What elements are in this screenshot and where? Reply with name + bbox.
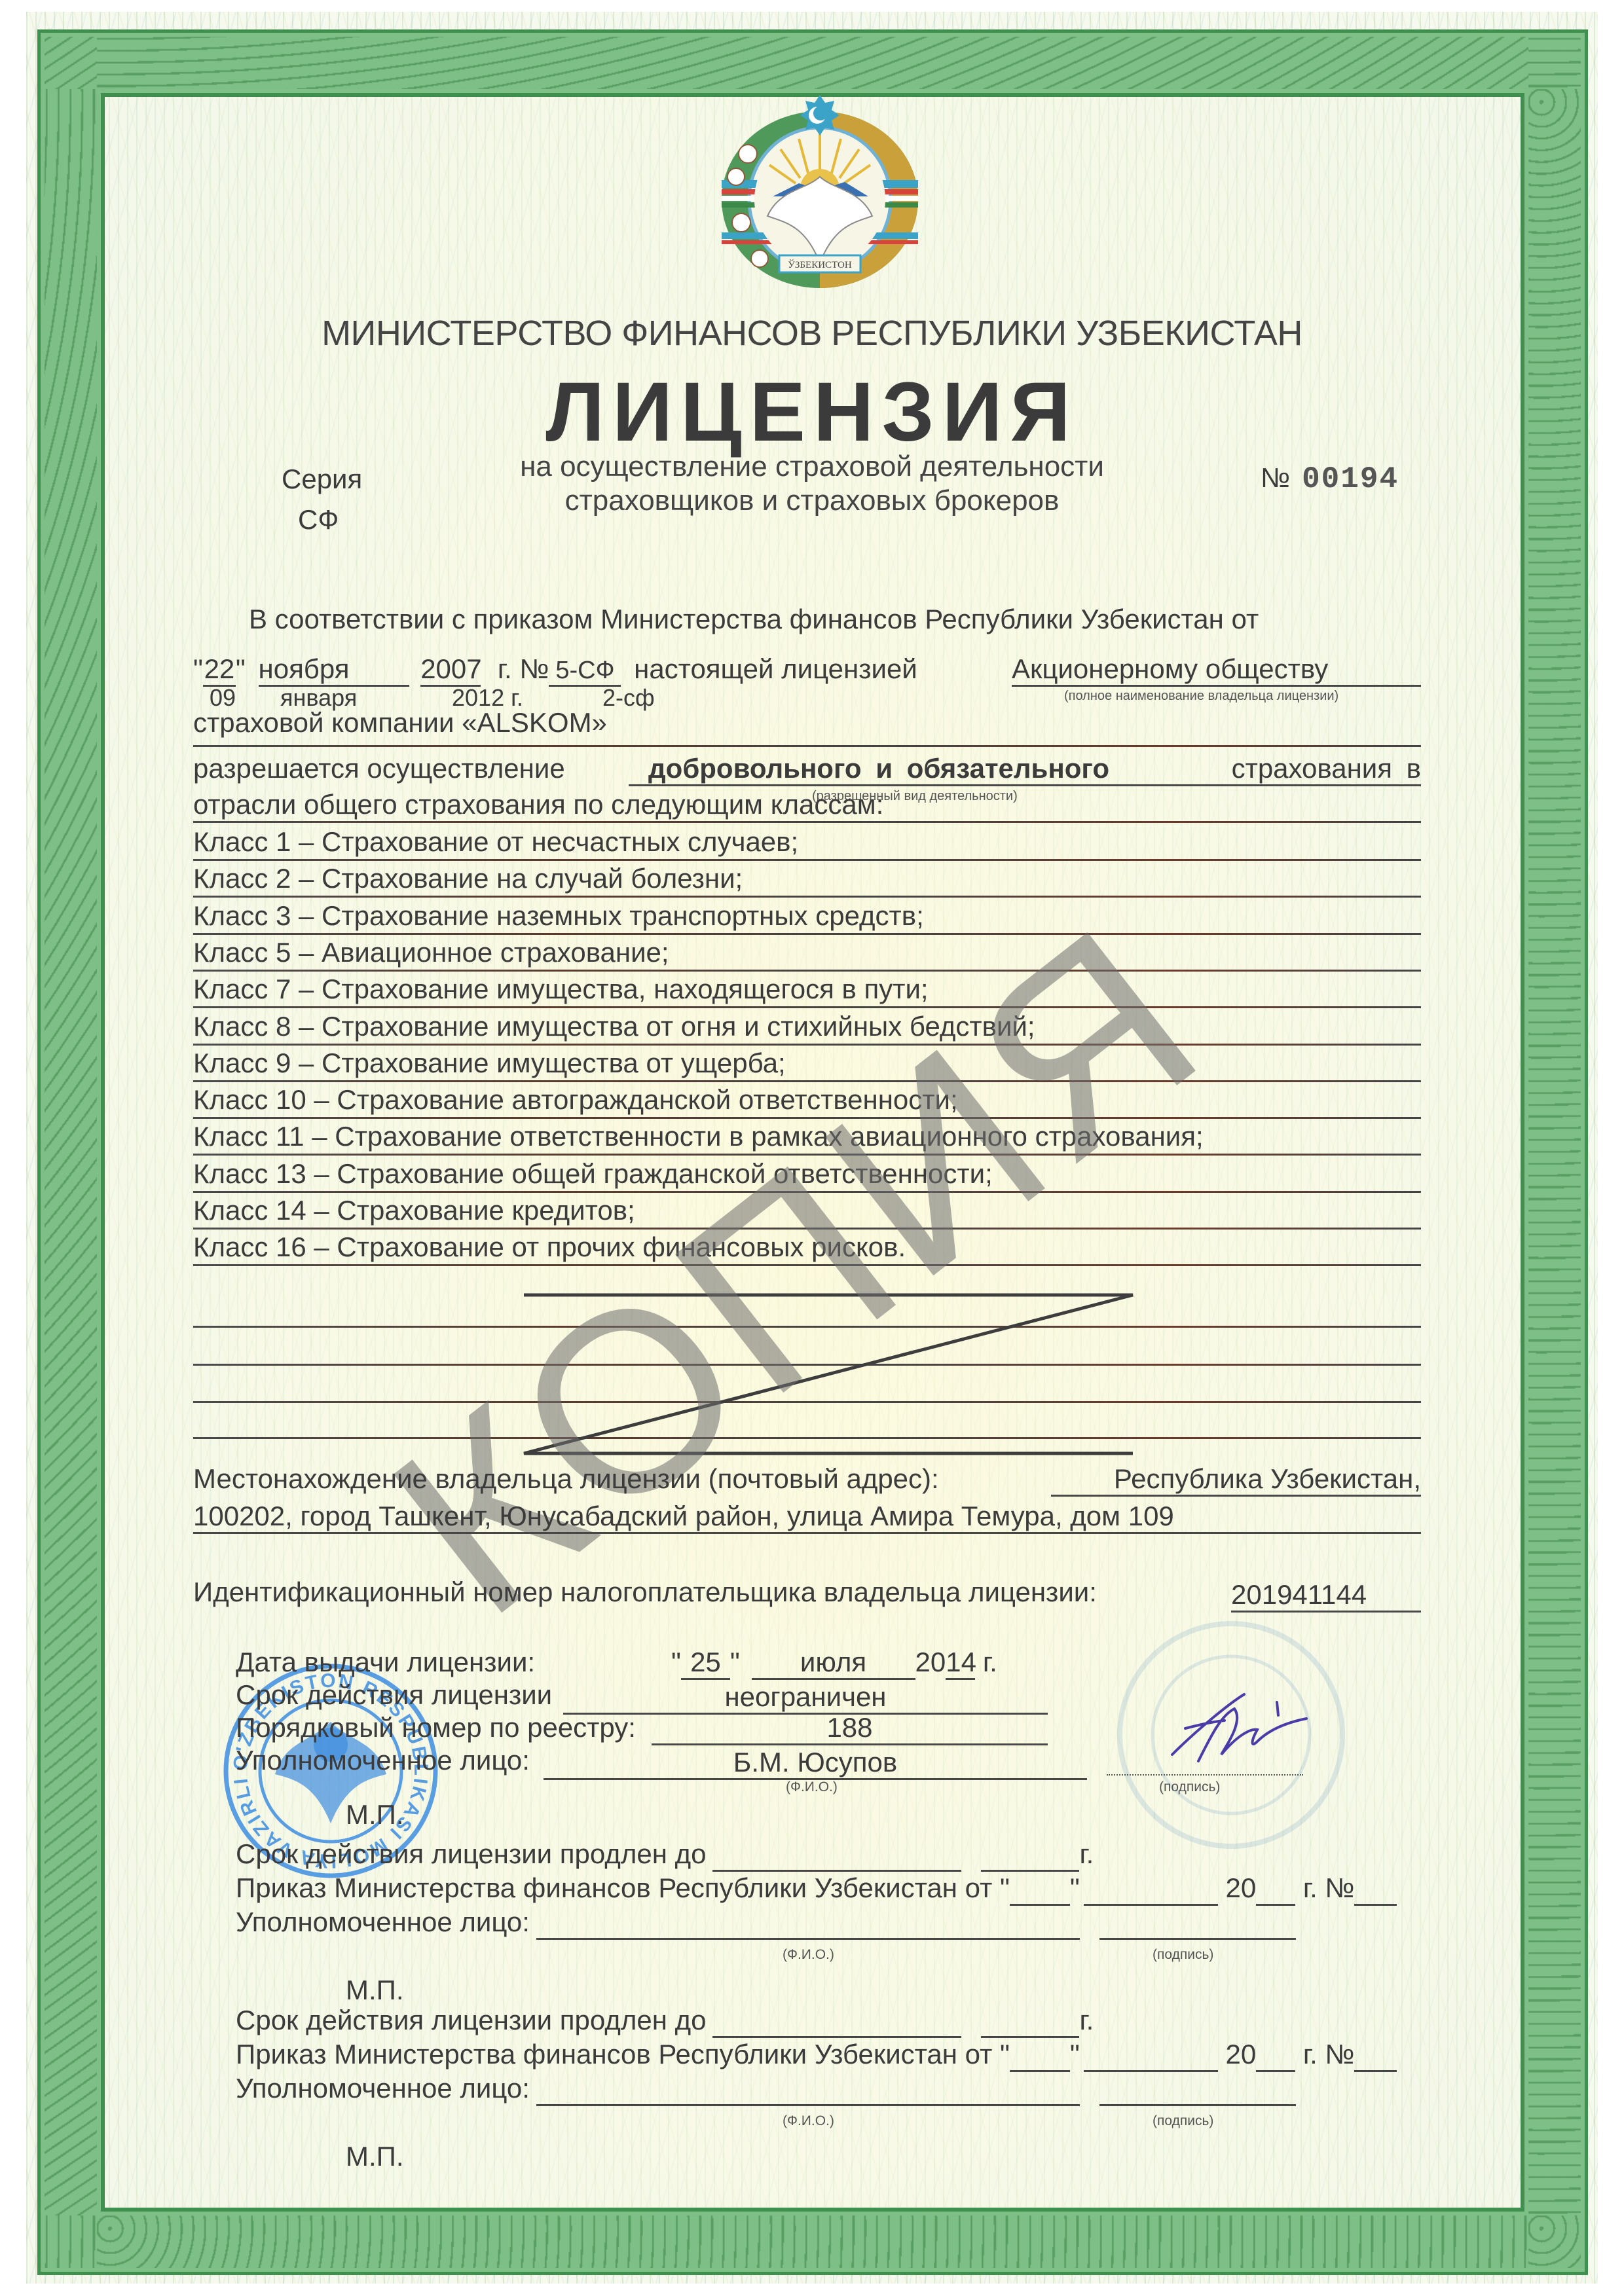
license-number-label: №	[1261, 462, 1290, 493]
fio-caption: (Ф.И.О.)	[783, 2113, 834, 2129]
registry-value: 188	[652, 1712, 1048, 1745]
ext-order-number-field[interactable]	[1354, 1872, 1397, 1906]
ext-order-year-field[interactable]	[1256, 2039, 1295, 2072]
activity-value: добровольного и обязательного страховани…	[629, 753, 1421, 786]
fio-caption: (Ф.И.О.)	[786, 1779, 838, 1795]
order-date-line: "22" ноября 2007 г. №5-СФ настоящей лице…	[193, 653, 917, 687]
extended-year-field[interactable]	[981, 1838, 1079, 1872]
class-item: Класс 2 – Страхование на случай болезни;	[193, 863, 743, 894]
rule-line	[193, 1264, 1421, 1266]
class-item: Класс 10 – Страхование автогражданской о…	[193, 1084, 958, 1116]
rule-line	[193, 1044, 1421, 1046]
fio-caption: (Ф.И.О.)	[783, 1947, 834, 1963]
ext-person-signature-field[interactable]	[1099, 2073, 1296, 2106]
order-year: 2007	[420, 653, 481, 687]
activity-prefix: разрешается осуществление	[193, 753, 565, 784]
issue-date-label: Дата выдачи лицензии:	[236, 1647, 535, 1678]
class-item: Класс 8 – Страхование имущества от огня …	[193, 1011, 1035, 1042]
class-item: Класс 16 – Страхование от прочих финансо…	[193, 1231, 906, 1263]
rule-line	[193, 896, 1421, 898]
validity-value: неограничен	[563, 1681, 1048, 1715]
tax-id-value: 201941144	[1231, 1579, 1421, 1613]
signature-caption: (подпись)	[1153, 2113, 1213, 2129]
class-item: Класс 7 – Страхование имущества, находящ…	[193, 974, 929, 1005]
rule-line	[193, 821, 1421, 823]
seal-placeholder: М.П.	[346, 1975, 404, 2006]
address-line2: 100202, город Ташкент, Юнусабадский райо…	[193, 1501, 1421, 1534]
ext-order-number-field[interactable]	[1354, 2039, 1397, 2072]
class-item: Класс 3 – Страхование наземных транспорт…	[193, 900, 924, 932]
ext-order-year-field[interactable]	[1256, 1872, 1295, 1906]
license-title: ЛИЦЕНЗИЯ	[0, 364, 1624, 460]
class-item: Класс 9 – Страхование имущества от ущерб…	[193, 1048, 786, 1079]
tax-id-label: Идентификационный номер налогоплательщик…	[193, 1576, 1097, 1608]
issue-date-value: "25" июля2014 г.	[671, 1647, 997, 1680]
ext-person-fio-field[interactable]	[536, 1906, 1080, 1940]
issue-year-prefix: 20	[915, 1647, 946, 1677]
amend-number: 2-сф	[602, 684, 655, 712]
extended-date-field[interactable]	[712, 2005, 961, 2038]
rule-line	[193, 745, 1421, 747]
licensee-line2: страховой компании «ALSKOM»	[193, 707, 607, 738]
address-label: Местонахождение владельца лицензии (почт…	[193, 1463, 939, 1495]
extension-person: Уполномоченное лицо:	[236, 1906, 1296, 1940]
order-month: ноября	[259, 653, 409, 687]
signature-caption: (подпись)	[1153, 1947, 1213, 1963]
class-item: Класс 13 – Страхование общей гражданской…	[193, 1158, 993, 1190]
ext-order-day-field[interactable]	[1010, 2039, 1070, 2072]
seal-placeholder: М.П.	[346, 2141, 404, 2172]
licensee-caption: (полное наименование владельца лицензии)	[1064, 689, 1338, 704]
licensee-prefix: настоящей лицензией	[634, 653, 917, 684]
series-label: Серия	[282, 464, 362, 495]
extension-person: Уполномоченное лицо:	[236, 2073, 1296, 2106]
extended-until: Срок действия лицензии продлен до г.	[236, 2005, 1094, 2038]
licensee-line1: Акционерному обществу	[1012, 653, 1421, 687]
validity-label: Срок действия лицензии	[236, 1679, 552, 1711]
license-number: №00194	[1261, 462, 1399, 496]
class-item: Класс 5 – Авиационное страхование;	[193, 937, 669, 968]
rule-line	[193, 1080, 1421, 1082]
class-item: Класс 1 – Страхование от несчастных случ…	[193, 826, 798, 858]
svg-text:ЎЗБЕКИСТОН: ЎЗБЕКИСТОН	[788, 259, 852, 270]
issue-year-suffix: 14	[946, 1647, 975, 1680]
signature-line	[1107, 1774, 1303, 1776]
extension-order: Приказ Министерства финансов Республики …	[236, 1872, 1397, 1906]
ministry-heading: МИНИСТЕРСТВО ФИНАНСОВ РЕСПУБЛИКИ УЗБЕКИС…	[0, 313, 1624, 354]
series-value: СФ	[298, 504, 339, 536]
address-line1: Республика Узбекистан,	[1051, 1463, 1421, 1497]
rule-line	[193, 970, 1421, 972]
registry-label: Порядковый номер по реестру:	[236, 1712, 636, 1743]
ext-order-day-field[interactable]	[1010, 1872, 1070, 1906]
rule-line	[193, 1117, 1421, 1119]
seal-placeholder: М.П.	[346, 1799, 404, 1831]
rule-line	[193, 1191, 1421, 1193]
class-item: Класс 14 – Страхование кредитов;	[193, 1195, 635, 1226]
order-number: 5-СФ	[549, 657, 621, 687]
activity-suffix: страхования в	[1232, 753, 1421, 784]
ext-order-month-field[interactable]	[1084, 1872, 1218, 1906]
ext-person-signature-field[interactable]	[1099, 1906, 1296, 1940]
authorized-person-value: Б.М. Юсупов	[544, 1747, 1087, 1780]
order-day: 22	[203, 653, 236, 687]
rule-line	[193, 1006, 1421, 1008]
extended-until: Срок действия лицензии продлен до г.	[236, 1838, 1094, 1872]
cancel-z-mark	[517, 1290, 1146, 1460]
license-number-value: 00194	[1302, 462, 1399, 496]
activity-bold: добровольного и обязательного	[648, 753, 1109, 784]
authorized-person-label: Уполномоченное лицо:	[236, 1745, 530, 1776]
order-intro: В соответствии с приказом Министерства ф…	[249, 604, 1259, 635]
extended-year-field[interactable]	[981, 2005, 1079, 2038]
extension-order: Приказ Министерства финансов Республики …	[236, 2039, 1397, 2072]
rule-line	[193, 859, 1421, 861]
rule-line	[193, 933, 1421, 935]
activity-line2: отрасли общего страхования по следующим …	[193, 789, 883, 820]
ext-order-month-field[interactable]	[1084, 2039, 1218, 2072]
rule-line	[193, 1228, 1421, 1230]
extended-date-field[interactable]	[712, 1838, 961, 1872]
issue-day: 25	[681, 1647, 730, 1680]
state-emblem-icon: ЎЗБЕКИСТОН	[707, 92, 933, 295]
issue-month: июля	[752, 1647, 915, 1680]
rule-line	[193, 1154, 1421, 1156]
signature-caption: (подпись)	[1159, 1779, 1220, 1795]
ext-person-fio-field[interactable]	[536, 2073, 1080, 2106]
signature-icon	[1159, 1689, 1310, 1768]
class-item: Класс 11 – Страхование ответственности в…	[193, 1121, 1204, 1152]
